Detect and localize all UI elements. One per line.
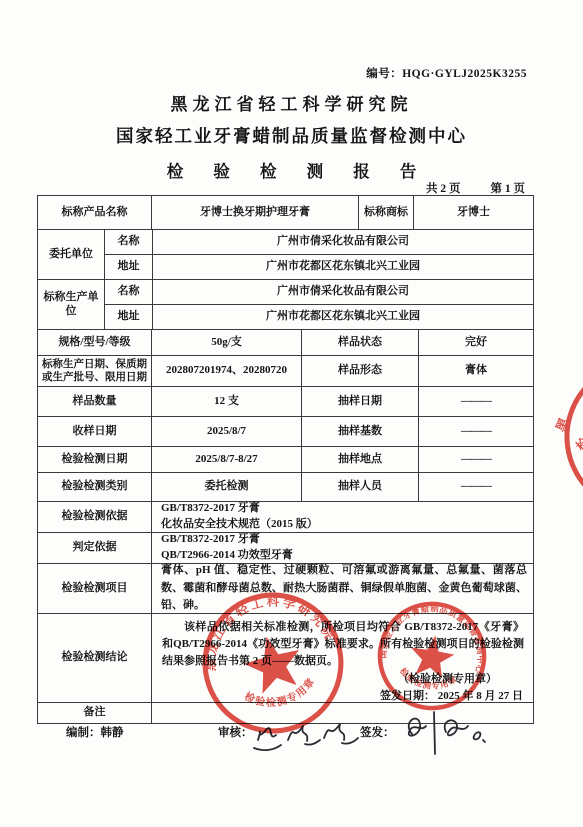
producer-address-value: 广州市花都区花东镇北兴工业园	[152, 305, 533, 329]
sampling-date-label: 抽样日期	[301, 387, 418, 416]
table-row: 名称 广州市倩采化妆品有限公司	[105, 280, 533, 304]
basis-value: GB/T8372-2017 牙膏 化妆品安全技术规范（2015 版）	[151, 502, 533, 532]
quantity-value: 12 支	[151, 387, 301, 416]
product-name-label: 标称产品名称	[38, 196, 151, 229]
test-type-value: 委托检测	[151, 473, 301, 501]
sample-state-value: 完好	[418, 330, 533, 355]
sampling-base-label: 抽样基数	[301, 417, 418, 446]
scanned-report-page: { "header": { "report_no": "编号：HQG·GYLJ2…	[0, 0, 583, 827]
edge-partial-stamp: 黑 检测专用章	[528, 380, 583, 550]
basis-line2: 化妆品安全技术规范（2015 版）	[161, 517, 318, 533]
spec-value: 50g/支	[151, 330, 301, 355]
spec-label: 规格/型号/等级	[38, 330, 151, 355]
stamp-star-icon	[407, 632, 457, 680]
svg-text:检验检测专用章: 检验检测专用章	[396, 665, 461, 695]
test-date-label: 检验检测日期	[38, 447, 151, 472]
basis-line1: GB/T8372-2017 牙膏	[161, 501, 260, 517]
brand-value: 牙博士	[413, 196, 533, 229]
test-type-label: 检验检测类别	[38, 473, 151, 501]
table-row: 地址 广州市花都区花东镇北兴工业园	[105, 304, 533, 329]
center-name: 国家轻工业牙膏蜡制品质量监督检测中心	[0, 123, 583, 148]
brand-label: 标称商标	[358, 196, 413, 229]
client-name-label: 名称	[105, 230, 152, 254]
sample-state-label: 样品状态	[301, 330, 418, 355]
table-row: 收样日期 2025/8/7 抽样基数 ———	[38, 416, 533, 446]
client-group: 名称 广州市倩采化妆品有限公司 地址 广州市花都区花东镇北兴工业园	[104, 230, 533, 279]
table-row: 标称生产单位 名称 广州市倩采化妆品有限公司 地址 广州市花都区花东镇北兴工业园	[38, 279, 533, 329]
remarks-label: 备注	[38, 703, 151, 723]
center-round-stamp: 国家轻工业牙膏蜡制品质量监督检测中心 检验检测专用章	[368, 592, 496, 720]
conclusion-label: 检验检测结论	[38, 614, 151, 702]
producer-name-value: 广州市倩采化妆品有限公司	[152, 280, 533, 304]
sampling-person-label: 抽样人员	[301, 473, 418, 501]
sampling-person-value: ———	[418, 473, 533, 501]
table-row: 检验检测日期 2025/8/7-8/27 抽样地点 ———	[38, 446, 533, 472]
pages-total: 共 2 页	[426, 180, 461, 196]
sampling-place-value: ———	[418, 447, 533, 472]
stamp-bottom-text: 检验检测专用章	[396, 665, 461, 695]
client-address-label: 地址	[105, 255, 152, 279]
report-number: 编号：HQG·GYLJ2025K3255	[366, 65, 527, 81]
pagination: 共 2 页 第 1 页	[426, 180, 525, 196]
sampling-date-value: ———	[418, 387, 533, 416]
report-title: 检 验 检 测 报 告	[0, 158, 583, 182]
batch-value: 202807201974、20280720	[151, 356, 301, 386]
table-row: 检验检测类别 委托检测 抽样人员 ———	[38, 472, 533, 501]
producer-label: 标称生产单位	[38, 280, 104, 329]
client-name-value: 广州市倩采化妆品有限公司	[152, 230, 533, 254]
client-address-value: 广州市花都区花东镇北兴工业园	[152, 255, 533, 279]
sample-form-label: 样品形态	[301, 356, 418, 386]
producer-group: 名称 广州市倩采化妆品有限公司 地址 广州市花都区花东镇北兴工业园	[104, 280, 533, 329]
quantity-label: 样品数量	[38, 387, 151, 416]
sampling-base-value: ———	[418, 417, 533, 446]
product-name-value: 牙博士换牙期护理牙膏	[151, 196, 358, 229]
prepared-by: 编制：韩静	[66, 724, 124, 740]
table-row: 检验检测依据 GB/T8372-2017 牙膏 化妆品安全技术规范（2015 版…	[38, 501, 533, 532]
producer-name-label: 名称	[105, 280, 152, 304]
judgment-line1: GB/T8372-2017 牙膏	[161, 532, 260, 548]
table-row: 样品数量 12 支 抽样日期 ———	[38, 386, 533, 416]
sample-form-value: 膏体	[418, 356, 533, 386]
table-row: 规格/型号/等级 50g/支 样品状态 完好	[38, 329, 533, 355]
table-row: 标称产品名称 牙博士换牙期护理牙膏 标称商标 牙博士	[38, 196, 533, 229]
table-row: 标称生产日期、保质期或生产批号、限用日期 202807201974、202807…	[38, 355, 533, 386]
table-row: 判定依据 GB/T8372-2017 牙膏 QB/T2966-2014 功效型牙…	[38, 532, 533, 563]
sampling-place-label: 抽样地点	[301, 447, 418, 472]
receive-date-label: 收样日期	[38, 417, 151, 446]
items-label: 检验检测项目	[38, 564, 151, 613]
page-current: 第 1 页	[491, 180, 526, 196]
judgment-label: 判定依据	[38, 533, 151, 563]
stamp-star-icon	[239, 630, 307, 696]
table-row: 名称 广州市倩采化妆品有限公司	[105, 230, 533, 254]
basis-label: 检验检测依据	[38, 502, 151, 532]
receive-date-value: 2025/8/7	[151, 417, 301, 446]
client-label: 委托单位	[38, 230, 104, 279]
judgment-value: GB/T8372-2017 牙膏 QB/T2966-2014 功效型牙膏	[151, 533, 533, 563]
batch-label: 标称生产日期、保质期或生产批号、限用日期	[38, 356, 151, 386]
table-row: 委托单位 名称 广州市倩采化妆品有限公司 地址 广州市花都区花东镇北兴工业园	[38, 229, 533, 279]
institute-name: 黑龙江省轻工科学研究院	[0, 90, 583, 115]
table-row: 地址 广州市花都区花东镇北兴工业园	[105, 254, 533, 279]
producer-address-label: 地址	[105, 305, 152, 329]
test-date-value: 2025/8/7-8/27	[151, 447, 301, 472]
